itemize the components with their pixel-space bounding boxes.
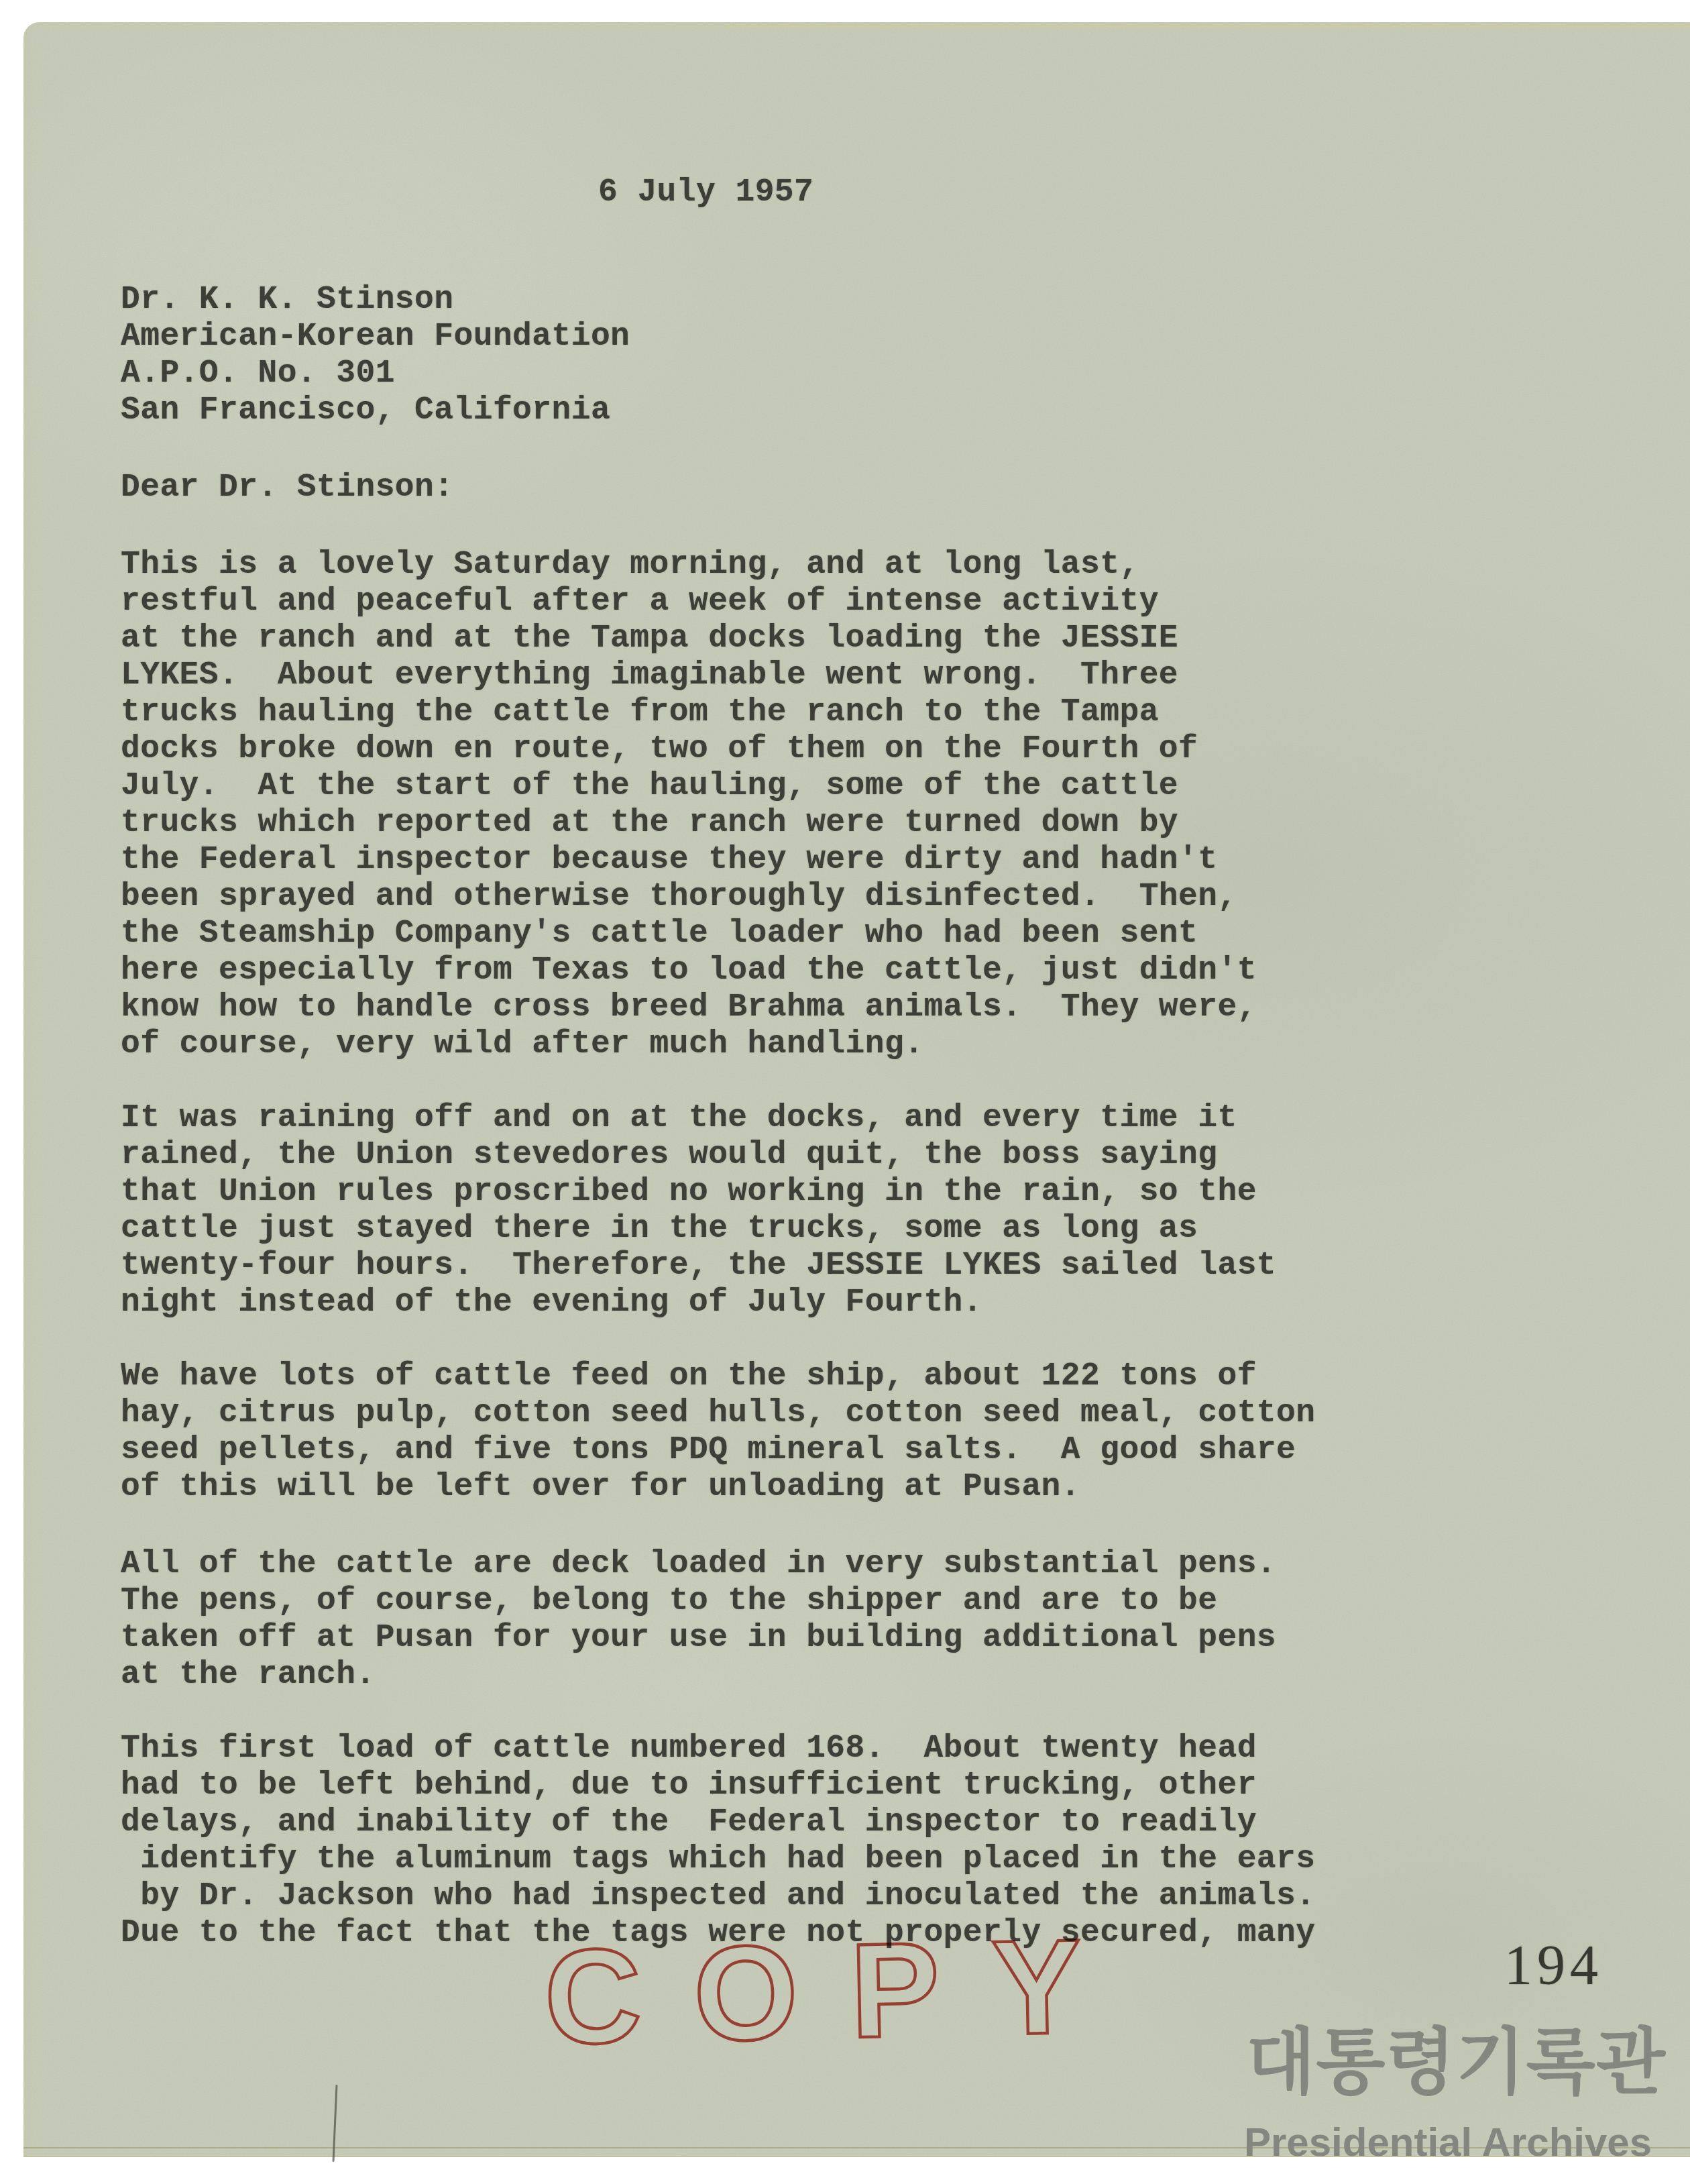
recipient-address: Dr. K. K. Stinson American-Korean Founda…	[121, 282, 630, 429]
letter-paper: 6 July 1957 Dr. K. K. Stinson American-K…	[23, 22, 1690, 2156]
scan-page: { "colors": { "scan-bg": "#ffffff", "pap…	[0, 0, 1690, 2184]
paragraph-2: It was raining off and on at the docks, …	[121, 1100, 1276, 1321]
paragraph-4: All of the cattle are deck loaded in ver…	[121, 1546, 1276, 1694]
archives-watermark-english: Presidential Archives	[1244, 2120, 1652, 2165]
paragraph-5: This first load of cattle numbered 168. …	[121, 1731, 1316, 1952]
page-number: 194	[1504, 1938, 1603, 1994]
paragraph-1: This is a lovely Saturday morning, and a…	[121, 547, 1257, 1063]
letter-date: 6 July 1957	[598, 174, 813, 211]
paragraph-3: We have lots of cattle feed on the ship,…	[121, 1358, 1316, 1506]
archives-watermark-korean: 대통령기록관	[1246, 2022, 1666, 2101]
salutation: Dear Dr. Stinson:	[121, 470, 453, 506]
paper-fold-line	[724, 25, 1690, 28]
